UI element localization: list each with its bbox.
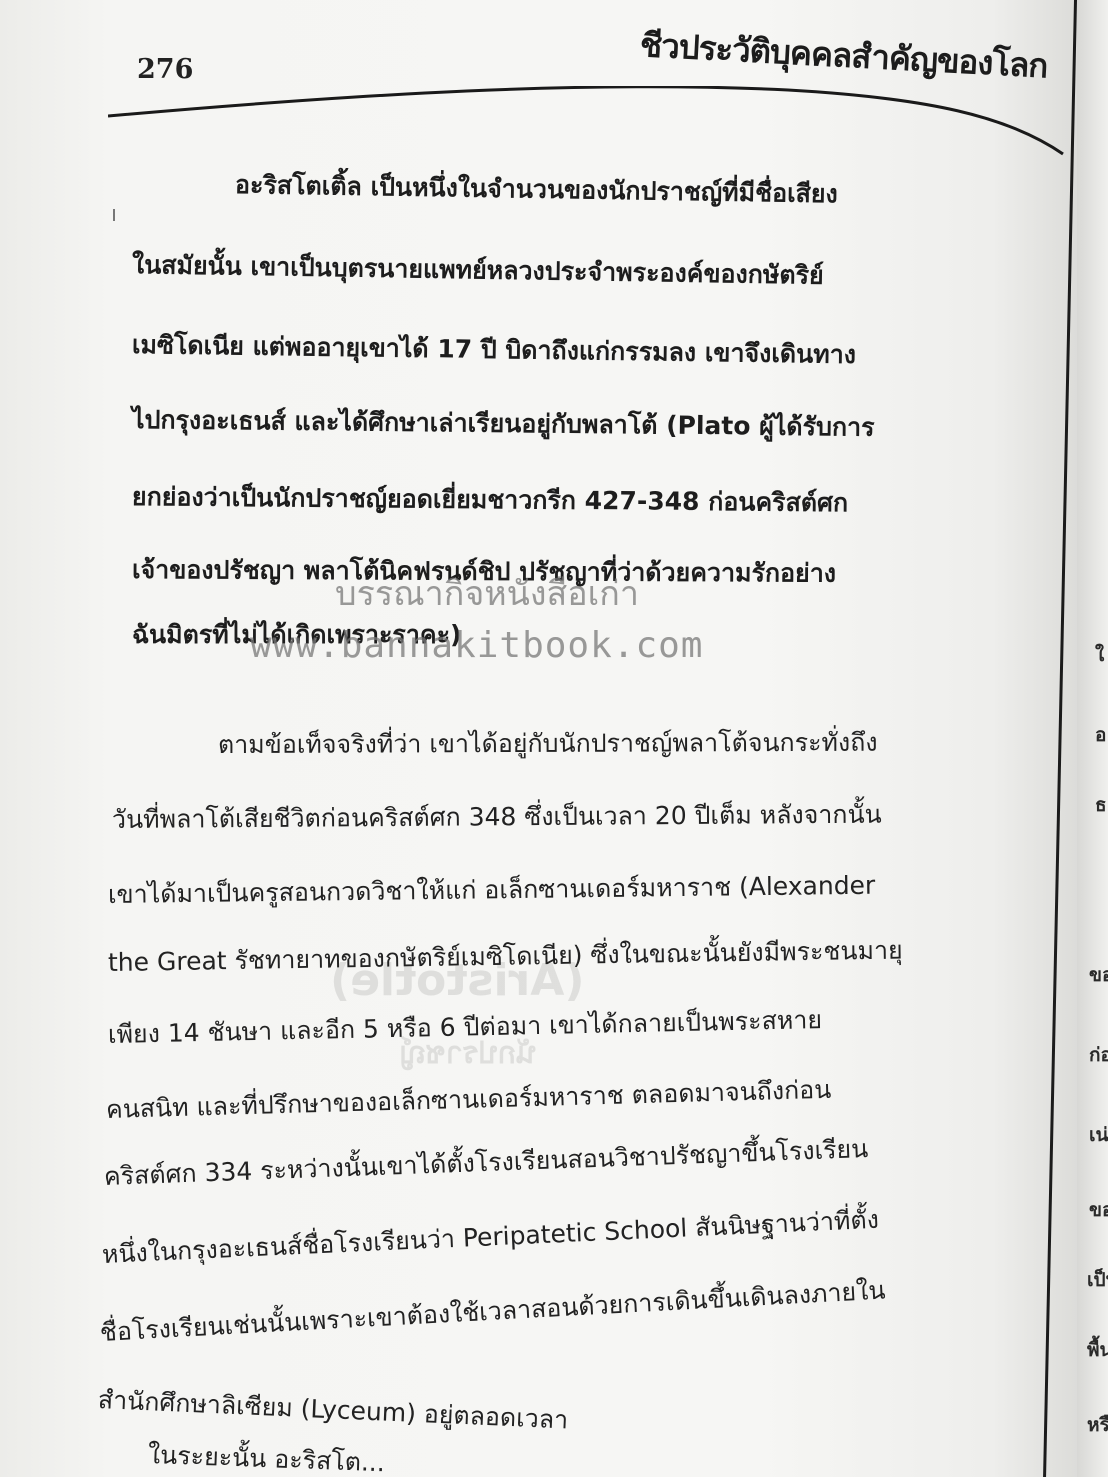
text-line: ตามข้อเท็จจริงที่ว่า เขาได้อยู่กับนักปรา… [218, 728, 878, 760]
text-line: ฉันมิตรที่ไม่ได้เกิดเพราะราคะ) [132, 620, 461, 650]
pencil-mark [113, 209, 115, 221]
next-page-fragment: พื้น [1087, 1335, 1108, 1365]
book-page-right-edge: ใ อ ธ ขอ ก่อ เน่า ของ เป็น พื้น หรือ [1077, 0, 1108, 1477]
next-page-fragment: ธ [1095, 790, 1107, 820]
page-number: 276 [137, 54, 193, 85]
next-page-fragment: ก่อ [1089, 1040, 1108, 1070]
next-page-fragment: เป็น [1087, 1265, 1108, 1295]
header-rule [108, 86, 1068, 166]
next-page-fragment: ขอ [1089, 960, 1108, 990]
next-page-fragment: หรือ [1087, 1410, 1108, 1440]
text-line: เจ้าของปรัชญา พลาโต้นิคฟรนด์ชิป ปรัชญาที… [132, 555, 836, 589]
next-page-fragment: อ [1095, 720, 1106, 750]
next-page-fragment: เน่า [1089, 1120, 1108, 1150]
next-page-fragment: ใ [1095, 640, 1104, 670]
text-line: วันที่พลาโต้เสียชีวิตก่อนคริสต์ศก 348 ซึ… [112, 800, 882, 835]
text-line: ยกย่องว่าเป็นนักปราชญ์ยอดเยี่ยมชาวกรีก 4… [132, 482, 848, 518]
next-page-fragment: ของ [1089, 1195, 1108, 1225]
